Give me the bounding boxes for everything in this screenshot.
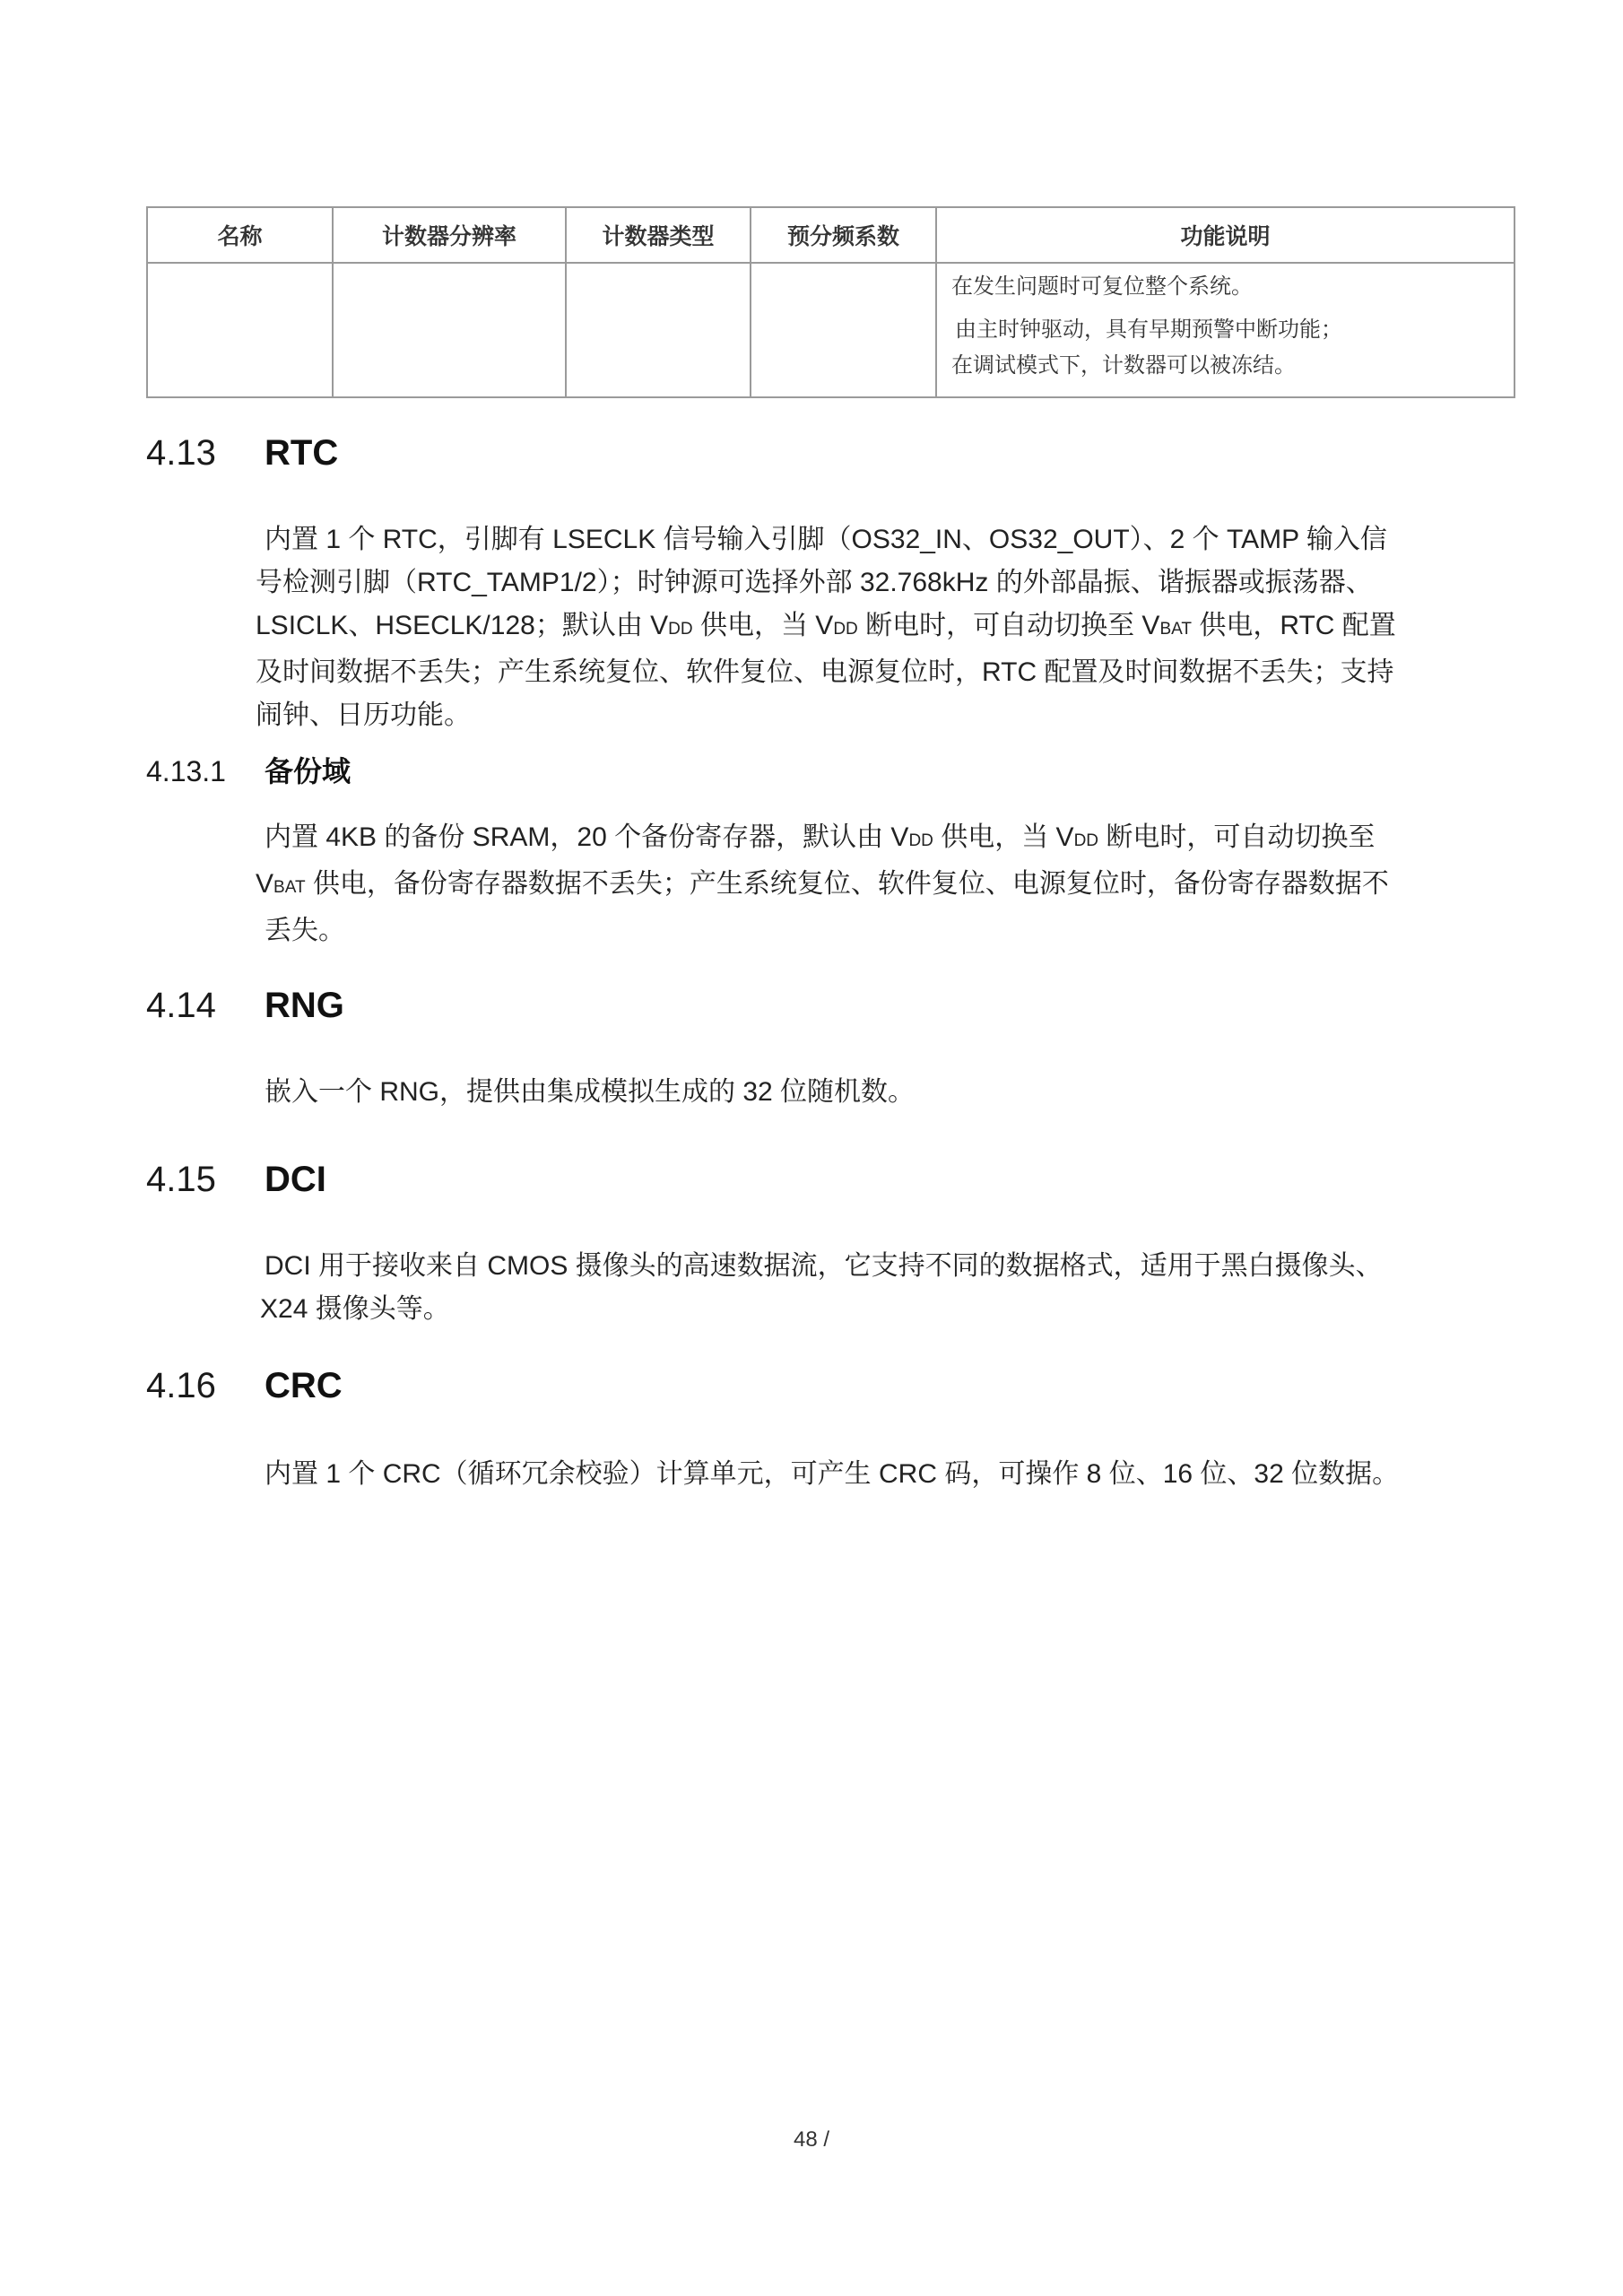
- section-number: 4.13: [146, 430, 265, 475]
- crc-paragraph: 内置 1 个 CRC（循环冗余校验）计算单元，可产生 CRC 码，可操作 8 位…: [265, 1453, 1484, 1496]
- page-number: 48 /: [0, 2127, 1623, 2152]
- column-header-type: 计数器类型: [566, 207, 751, 263]
- section-title: RNG: [265, 986, 344, 1025]
- section-heading-rng: 4.14RNG: [146, 983, 344, 1028]
- subsection-heading-backup: 4.13.1备份域: [146, 752, 351, 791]
- cell-prescaler: [751, 263, 936, 397]
- section-number: 4.15: [146, 1157, 265, 1202]
- paragraph-line: X24 摄像头等。: [260, 1288, 1484, 1331]
- cell-resolution: [333, 263, 566, 397]
- paragraph-line: LSICLK、HSECLK/128；默认由 VDD 供电，当 VDD 断电时，可…: [256, 604, 1484, 651]
- table-row: 在发生问题时可复位整个系统。 由主时钟驱动，具有早期预警中断功能； 在调试模式下…: [147, 263, 1515, 397]
- paragraph-line: 及时间数据不丢失；产生系统复位、软件复位、电源复位时，RTC 配置及时间数据不丢…: [256, 651, 1484, 694]
- function-line: 由主时钟驱动，具有早期预警中断功能；: [951, 312, 1514, 348]
- paragraph-line: 丢失。: [265, 909, 1484, 952]
- cell-type: [566, 263, 751, 397]
- paragraph-line: 内置 1 个 CRC（循环冗余校验）计算单元，可产生 CRC 码，可操作 8 位…: [265, 1453, 1484, 1496]
- section-heading-crc: 4.16CRC: [146, 1363, 343, 1408]
- column-header-prescaler: 预分频系数: [751, 207, 936, 263]
- column-header-function: 功能说明: [936, 207, 1515, 263]
- section-number: 4.14: [146, 983, 265, 1028]
- backup-paragraph: 内置 4KB 的备份 SRAM，20 个备份寄存器，默认由 VDD 供电，当 V…: [265, 816, 1484, 952]
- function-line: 在发生问题时可复位整个系统。: [951, 269, 1514, 305]
- paragraph-line: 闹钟、日历功能。: [256, 694, 1484, 737]
- section-heading-dci: 4.15DCI: [146, 1157, 326, 1202]
- rng-paragraph: 嵌入一个 RNG，提供由集成模拟生成的 32 位随机数。: [265, 1071, 1484, 1114]
- section-title: DCI: [265, 1160, 326, 1199]
- paragraph-line: DCI 用于接收来自 CMOS 摄像头的高速数据流，它支持不同的数据格式，适用于…: [265, 1245, 1484, 1288]
- timer-table: 名称 计数器分辨率 计数器类型 预分频系数 功能说明 在发生问题时可复位整个系统…: [146, 206, 1515, 398]
- function-line: 在调试模式下，计数器可以被冻结。: [951, 348, 1514, 384]
- paragraph-line: 内置 4KB 的备份 SRAM，20 个备份寄存器，默认由 VDD 供电，当 V…: [265, 816, 1484, 863]
- section-heading-rtc: 4.13RTC: [146, 430, 338, 475]
- paragraph-line: 嵌入一个 RNG，提供由集成模拟生成的 32 位随机数。: [265, 1071, 1484, 1114]
- section-title: RTC: [265, 433, 338, 473]
- dci-paragraph: DCI 用于接收来自 CMOS 摄像头的高速数据流，它支持不同的数据格式，适用于…: [265, 1245, 1484, 1331]
- rtc-paragraph: 内置 1 个 RTC，引脚有 LSECLK 信号输入引脚（OS32_IN、OS3…: [265, 518, 1484, 737]
- section-number: 4.16: [146, 1363, 265, 1408]
- paragraph-line: VBAT 供电，备份寄存器数据不丢失；产生系统复位、软件复位、电源复位时，备份寄…: [256, 863, 1484, 909]
- cell-function: 在发生问题时可复位整个系统。 由主时钟驱动，具有早期预警中断功能； 在调试模式下…: [936, 263, 1515, 397]
- paragraph-line: 号检测引脚（RTC_TAMP1/2）；时钟源可选择外部 32.768kHz 的外…: [256, 561, 1484, 604]
- column-header-name: 名称: [147, 207, 333, 263]
- subsection-title: 备份域: [265, 755, 351, 787]
- section-title: CRC: [265, 1366, 343, 1405]
- paragraph-line: 内置 1 个 RTC，引脚有 LSECLK 信号输入引脚（OS32_IN、OS3…: [265, 518, 1484, 561]
- column-header-resolution: 计数器分辨率: [333, 207, 566, 263]
- cell-name: [147, 263, 333, 397]
- subsection-number: 4.13.1: [146, 752, 265, 791]
- table-header-row: 名称 计数器分辨率 计数器类型 预分频系数 功能说明: [147, 207, 1515, 263]
